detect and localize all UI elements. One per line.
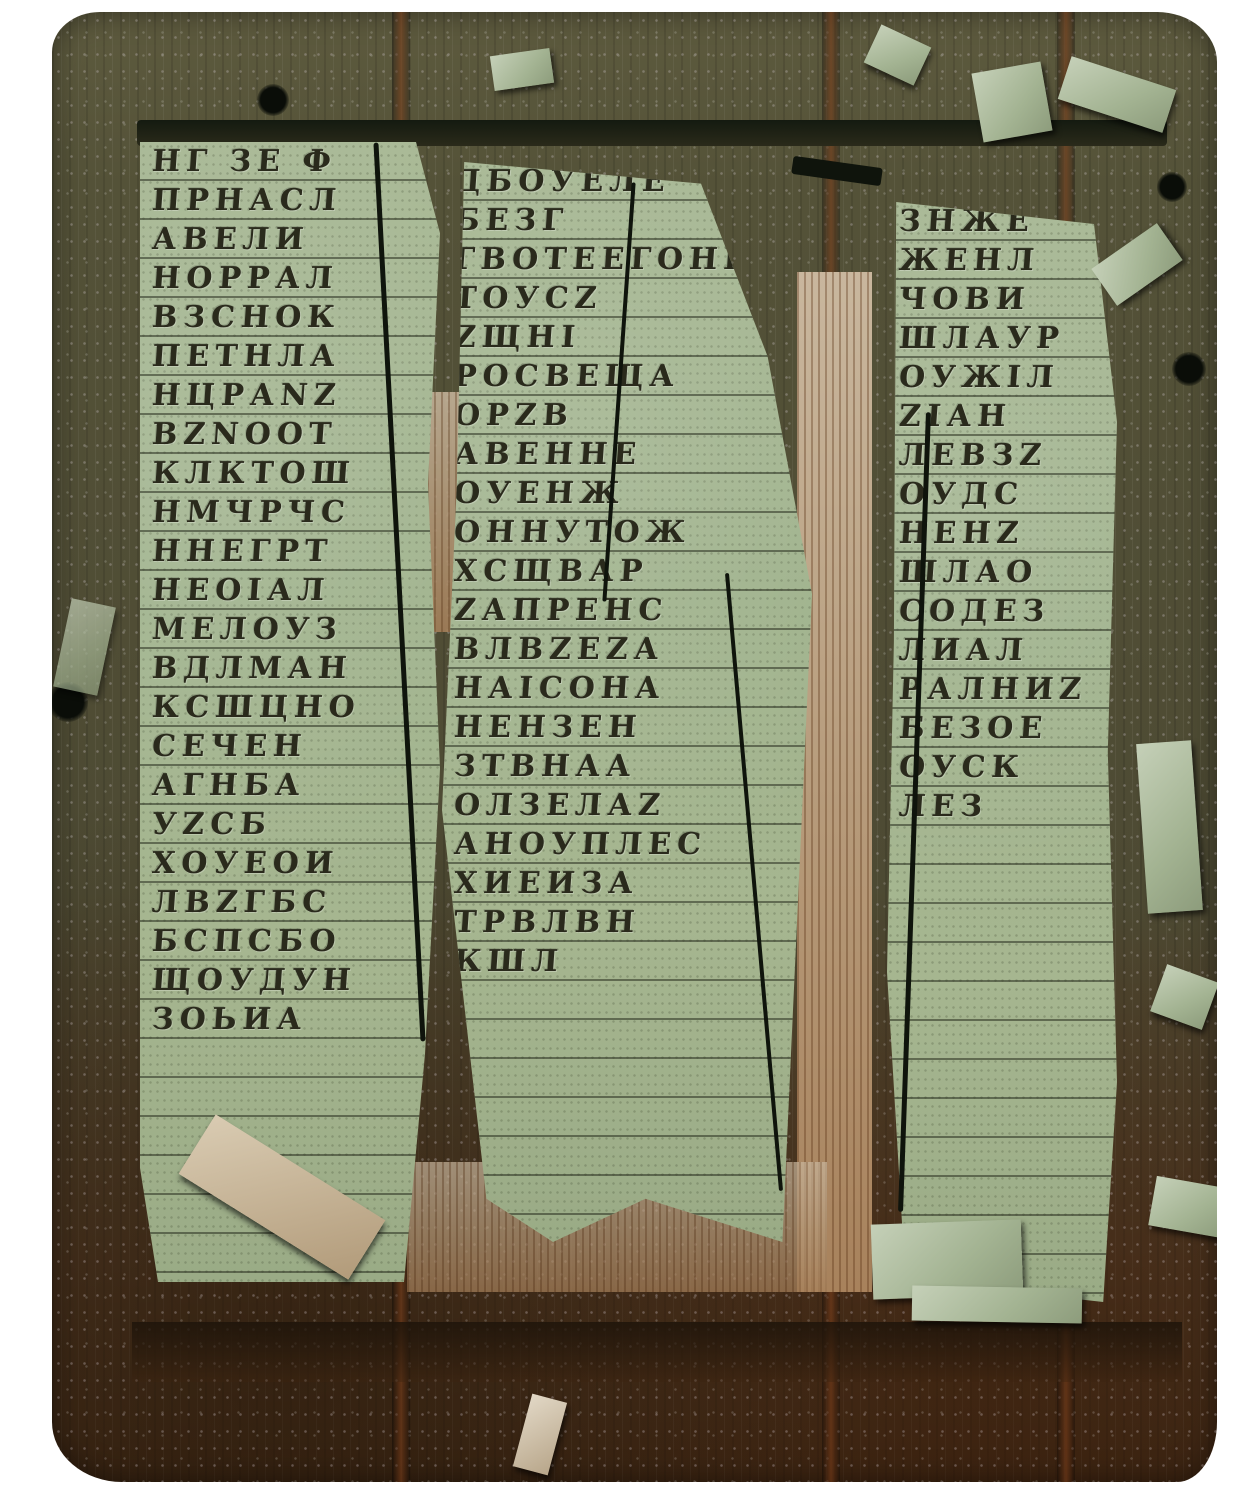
inscription-line: УZСБ	[140, 805, 440, 844]
inscription-line: РОСВЕЩА	[442, 357, 812, 396]
inscription-line: ПЕТНЛА	[140, 337, 440, 376]
inscription-line: ОУДС	[887, 475, 1117, 514]
inscription-line: НОРРАЛ	[140, 259, 440, 298]
inscription-line: НЕНЗЕН	[442, 708, 812, 747]
nail-hole	[1157, 172, 1187, 202]
inscription-line: ОУЕНЖ	[442, 474, 812, 513]
inscription-line: ЛВZГБС	[140, 883, 440, 922]
inscription-line: ОУСК	[887, 748, 1117, 787]
inscription-line: ОРZВ	[442, 396, 812, 435]
inscription-line: АНОУПЛЕС	[442, 825, 812, 864]
inscription-line: ЧОВИ	[887, 280, 1117, 319]
inscription-line: ВЗСНОК	[140, 298, 440, 337]
loose-fragment	[1136, 740, 1203, 913]
bottom-frame-shadow	[132, 1322, 1182, 1382]
inscription-line: ZІАН	[887, 397, 1117, 436]
exposed-wood-strip-center	[797, 272, 872, 1292]
loose-fragment	[971, 61, 1052, 142]
inscription-line: ХОУЕОИ	[140, 844, 440, 883]
inscription-line: БСПСБО	[140, 922, 440, 961]
inscription-line: ZАПРЕНС	[442, 591, 812, 630]
inscription-line: НЕОІАЛ	[140, 571, 440, 610]
inscription-line: НЦРАNZ	[140, 376, 440, 415]
inscription-line: ЗОЬИА	[140, 1000, 440, 1039]
loose-fragment	[912, 1286, 1083, 1324]
nail-hole	[1172, 352, 1206, 386]
inscription-line: ЖЕНЛ	[887, 241, 1117, 280]
inscription-panel-right: ЗНЖЕ ЖЕНЛ ЧОВИ ШЛАУР ОУЖІЛ ZІАН ЛЕВЗZ ОУ…	[887, 202, 1117, 1302]
inscription-line: АВЕННЕ	[442, 435, 812, 474]
inscription-line: ПРНАСЛ	[140, 181, 440, 220]
inscription-line: ЛЕВЗZ	[887, 436, 1117, 475]
inscription-line: БЕЗОЕ	[887, 709, 1117, 748]
inscription-line: ОЛЗЕЛАZ	[442, 786, 812, 825]
inscription-line: НГ ЗЕ Ф	[140, 142, 440, 181]
inscription-line: АГНБА	[140, 766, 440, 805]
inscription-line: НАІСОНА	[442, 669, 812, 708]
wooden-tablet: НГ ЗЕ Ф ПРНАСЛ АВЕЛИ НОРРАЛ ВЗСНОК ПЕТНЛ…	[52, 12, 1217, 1482]
inscription-line: ШЛАУР	[887, 319, 1117, 358]
inscription-line: ЩОУДУН	[140, 961, 440, 1000]
inscription-line: ВДЛМАН	[140, 649, 440, 688]
inscription-line: ОННУТОЖ	[442, 513, 812, 552]
inscription-line: КСШЦНО	[140, 688, 440, 727]
nail-hole	[257, 84, 289, 116]
inscription-line: МЕЛОУЗ	[140, 610, 440, 649]
inscription-line: ВЛВZЕZА	[442, 630, 812, 669]
inscription-line: ЗТВНАА	[442, 747, 812, 786]
inscription-line: АВЕЛИ	[140, 220, 440, 259]
inscription-line: ВZNООТ	[140, 415, 440, 454]
inscription-line: КШЛ	[442, 942, 812, 981]
inscription-line: СЕЧЕН	[140, 727, 440, 766]
inscription-line: ХСЩВАР	[442, 552, 812, 591]
inscription-line: ЛЕЗ	[887, 787, 1117, 826]
inscription-panel-left: НГ ЗЕ Ф ПРНАСЛ АВЕЛИ НОРРАЛ ВЗСНОК ПЕТНЛ…	[140, 142, 440, 1282]
inscription-line: ОУЖІЛ	[887, 358, 1117, 397]
